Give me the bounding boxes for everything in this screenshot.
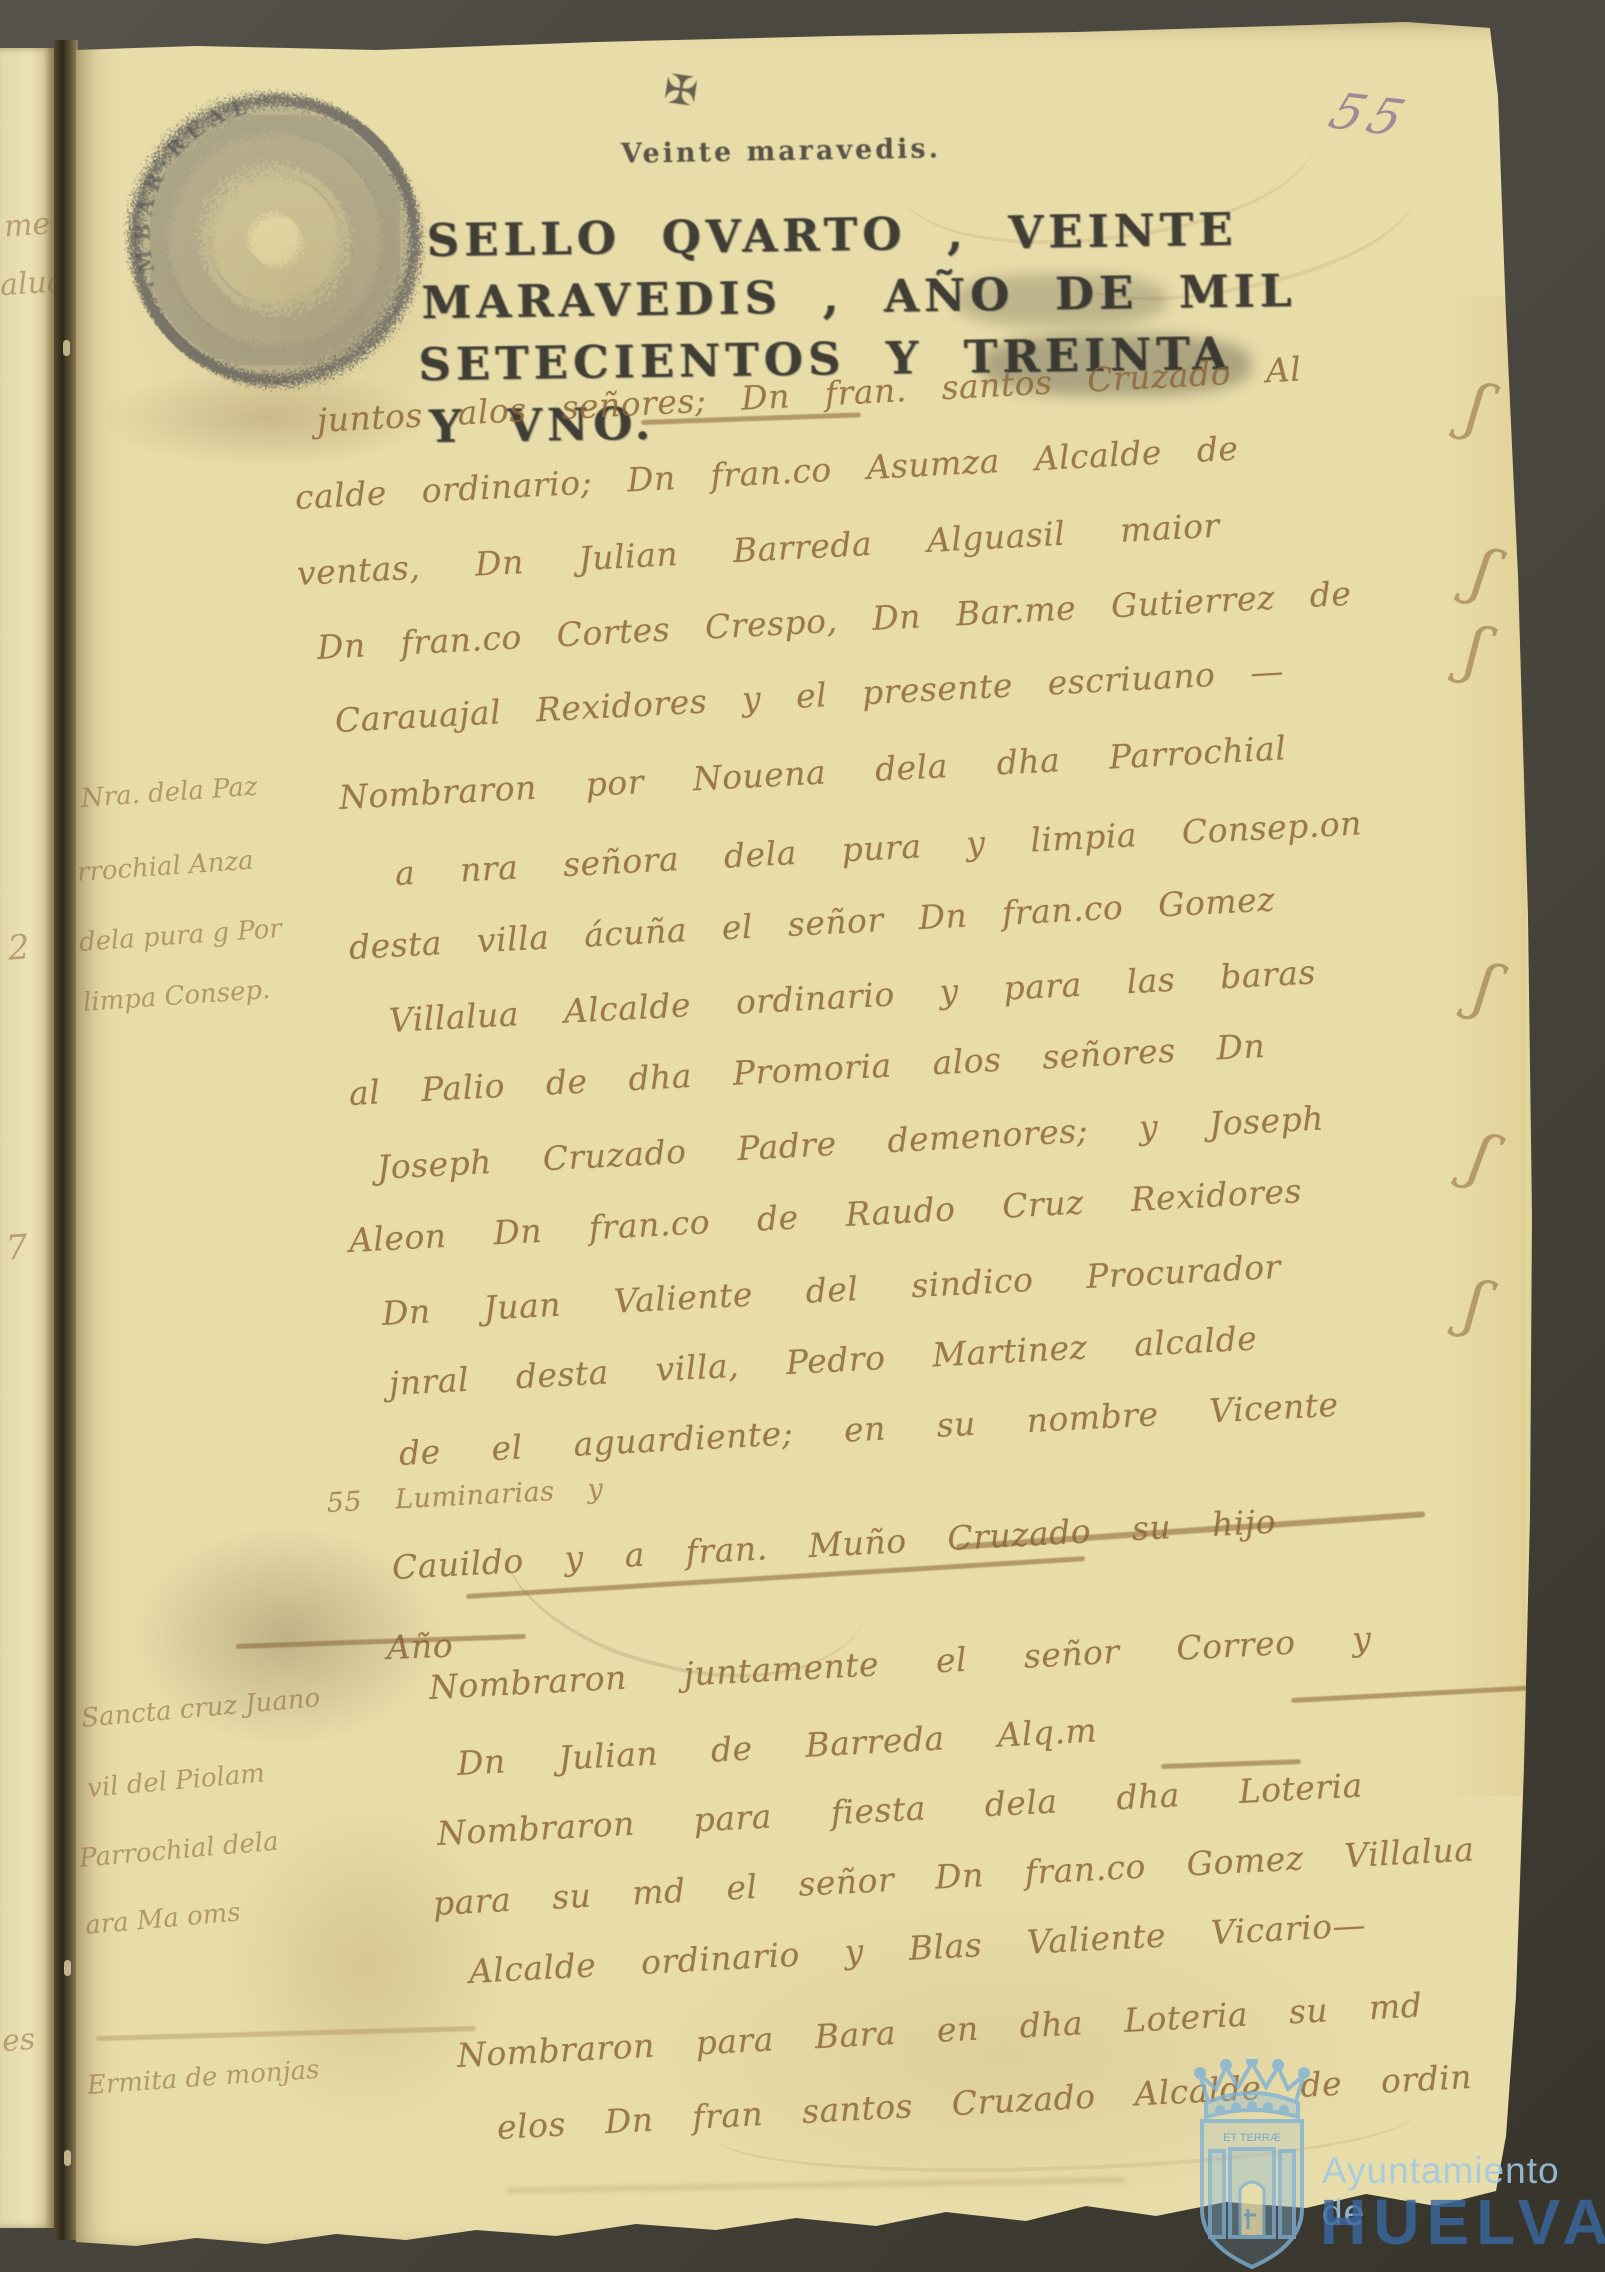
stitch-thread [63, 340, 70, 356]
manuscript-line: de el aguardiente; en su nombre Vicente [398, 1385, 1339, 1473]
margin-note: Ermita de monjas [86, 2055, 320, 2101]
manuscript-line: Nombraron para fiesta dela dha Loteria [436, 1765, 1364, 1852]
pen-dash [236, 1634, 526, 1649]
scanned-manuscript-page: me alua 2 7 es [0, 0, 1605, 2272]
manuscript-line: a nra señora dela pura y limpia Consep.o… [394, 803, 1363, 893]
official-ink-seal: · M B A R · R E A L · [122, 80, 426, 400]
folio-number: 55 [1322, 82, 1418, 147]
prev-page-text-fragment: 7 [5, 1227, 29, 1268]
flourish-mark: ʃ [1461, 1120, 1500, 1196]
margin-note: limpa Consep. [82, 975, 271, 1018]
flourish-mark: ʃ [1458, 613, 1490, 689]
huelva-crest-icon: ET TERRÆ [1186, 2059, 1318, 2272]
manuscript-line: Dn fran.co Cortes Crespo, Dn Bar.me Guti… [316, 574, 1352, 667]
watermark-city-label: HUELVA [1320, 2185, 1605, 2259]
cross-mark: ✠ [661, 66, 701, 116]
previous-page-sliver: me alua 2 7 es [0, 48, 54, 2228]
prev-page-text-fragment: 2 [7, 927, 31, 968]
manuscript-line: al Palio de dha Promoria alos señores Dn [348, 1026, 1266, 1113]
margin-note: Parrochial dela [78, 1827, 280, 1874]
pen-dash [1161, 1759, 1301, 1769]
flourish-mark: ʃ [1467, 950, 1503, 1026]
manuscript-line: Nombraron por Nouena dela dha Parrochial [338, 728, 1287, 817]
margin-note: rrochial Anza [76, 846, 255, 888]
stitch-thread [64, 1960, 71, 1976]
flourish-mark: ʃ [1464, 535, 1501, 611]
manuscript-line: Aleon Dn fran.co de Raudo Cruz Rexidores [348, 1171, 1303, 1260]
paper-stain [1446, 296, 1526, 1796]
ink-smear [956, 274, 1166, 326]
manuscript-line: desta villa ácuña el señor Dn fran.co Go… [348, 879, 1276, 966]
margin-note: vil del Piolam [86, 1758, 266, 1803]
manuscript-line: Alcalde ordinario y Blas Valiente Vicari… [468, 1905, 1367, 1991]
pen-dash [1291, 1685, 1531, 1703]
stitch-thread [64, 2150, 71, 2166]
manuscript-line: jnral desta villa, Pedro Martinez alcald… [388, 1319, 1258, 1403]
margin-note: Sancta cruz Juano [80, 1683, 321, 1734]
manuscript-line: Carauajal Rexidores y el presente escriu… [334, 651, 1285, 740]
flourish-mark: ʃ [1459, 370, 1494, 446]
manuscript-leaf: · M B A R · R E A L · ✠ 55 Veinte marave… [76, 16, 1538, 2258]
margin-note: Nra. dela Paz [80, 772, 259, 814]
manuscript-line: Año [386, 1626, 454, 1667]
binding-gutter [54, 40, 78, 2240]
manuscript-line: 55 Luminarias y [326, 1474, 604, 1519]
flourish-mark: ʃ [1458, 1267, 1492, 1343]
manuscript-line: Nombraron juntamente el señor Correo y [428, 1619, 1372, 1707]
manuscript-line: Dn Julian de Barreda Alq.m [456, 1710, 1098, 1782]
prev-page-text-fragment: es [1, 2022, 37, 2059]
manuscript-line: Dn Juan Valiente del sindico Procurador [381, 1247, 1282, 1333]
margin-note: dela pura g Por [78, 914, 283, 958]
manuscript-line: Villalua Alcalde ordinario y para las ba… [388, 952, 1317, 1040]
manuscript-line: ventas, Dn Julian Barreda Alguasil maior [296, 506, 1221, 593]
pen-dash [96, 2026, 476, 2041]
archive-watermark: ET TERRÆ Ayuntamiento de HUELVA [1180, 2055, 1600, 2272]
manuscript-line: Joseph Cruzado Padre demenores; y Joseph [376, 1098, 1325, 1187]
stamp-small-line: Veinte maravedis. [621, 133, 941, 170]
crest-motto: ET TERRÆ [1223, 2132, 1281, 2144]
prev-page-text-fragment: me [3, 206, 52, 244]
crease-line [506, 2177, 1126, 2193]
margin-note: ara Ma oms [84, 1897, 242, 1940]
